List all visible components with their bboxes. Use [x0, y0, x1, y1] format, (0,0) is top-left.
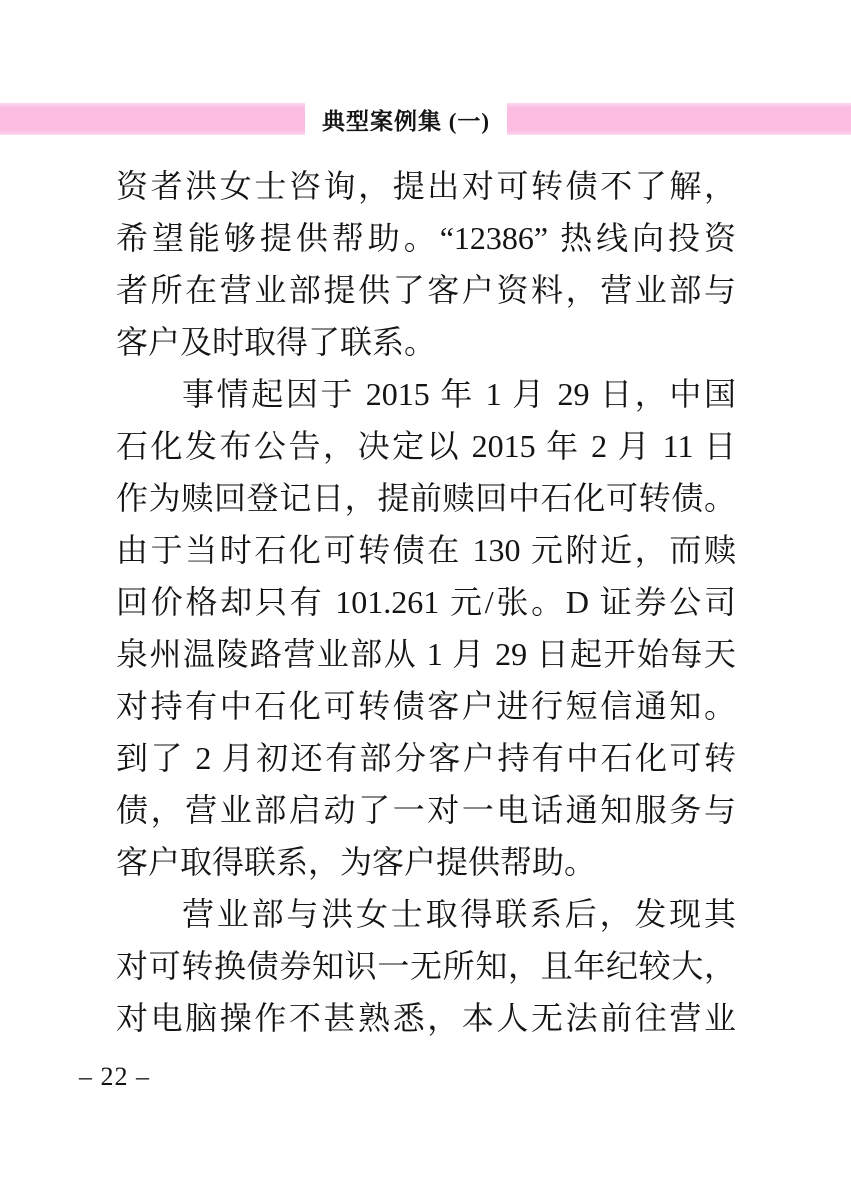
running-header-title: 典型案例集 (一): [305, 103, 507, 135]
text-line: 石化发布公告，决定以 2015 年 2 月 11 日: [116, 420, 736, 472]
text-line: 债，营业部启动了一对一电话通知服务与: [116, 784, 736, 836]
text-line: 由于当时石化可转债在 130 元附近，而赎: [116, 524, 736, 576]
text-line: 对可转换债券知识一无所知，且年纪较大，: [116, 940, 736, 992]
text-line: 事情起因于 2015 年 1 月 29 日，中国: [116, 368, 736, 420]
running-header-band: 典型案例集 (一): [0, 103, 851, 135]
text-line: 客户取得联系，为客户提供帮助。: [116, 836, 736, 888]
body-text: 资者洪女士咨询，提出对可转债不了解，希望能够提供帮助。“12386” 热线向投资…: [116, 160, 736, 1044]
text-line: 客户及时取得了联系。: [116, 316, 736, 368]
header-band-right: [507, 103, 851, 135]
header-band-left: [0, 103, 305, 135]
book-page: 典型案例集 (一) 资者洪女士咨询，提出对可转债不了解，希望能够提供帮助。“12…: [0, 0, 851, 1189]
page-number: – 22 –: [79, 1062, 150, 1092]
text-line: 对持有中石化可转债客户进行短信通知。: [116, 680, 736, 732]
text-line: 希望能够提供帮助。“12386” 热线向投资: [116, 212, 736, 264]
text-line: 回价格却只有 101.261 元/张。D 证券公司: [116, 576, 736, 628]
text-line: 到了 2 月初还有部分客户持有中石化可转: [116, 732, 736, 784]
text-line: 营业部与洪女士取得联系后，发现其: [116, 888, 736, 940]
text-line: 作为赎回登记日，提前赎回中石化可转债。: [116, 472, 736, 524]
text-line: 者所在营业部提供了客户资料，营业部与: [116, 264, 736, 316]
text-line: 资者洪女士咨询，提出对可转债不了解，: [116, 160, 736, 212]
text-line: 泉州温陵路营业部从 1 月 29 日起开始每天: [116, 628, 736, 680]
text-line: 对电脑操作不甚熟悉，本人无法前往营业: [116, 992, 736, 1044]
